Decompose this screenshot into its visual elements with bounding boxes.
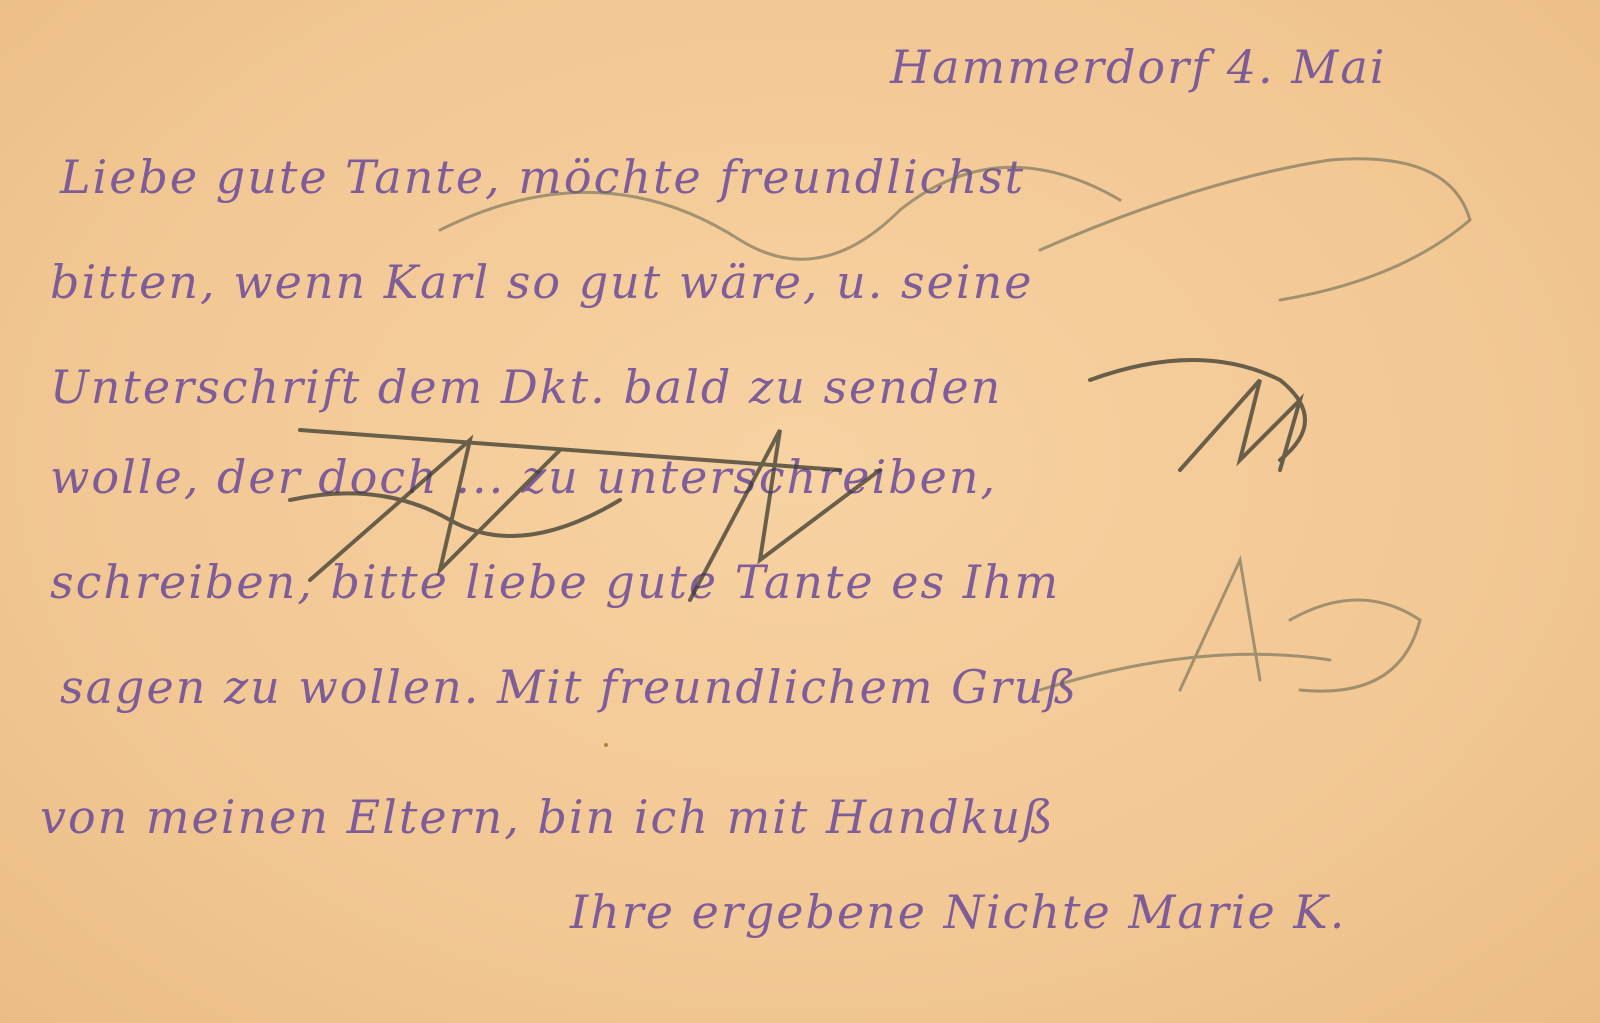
postcard: Hammerdorf 4. Mai Liebe gute Tante, möch…: [0, 0, 1600, 1023]
text-line-6: sagen zu wollen. Mit freundlichem Gruß: [60, 660, 1078, 714]
text-line-3: Unterschrift dem Dkt. bald zu senden: [50, 360, 1002, 414]
ink-spot: [604, 743, 608, 747]
place-date: Hammerdorf 4. Mai: [890, 40, 1387, 94]
text-line-2: bitten, wenn Karl so gut wäre, u. seine: [50, 255, 1033, 309]
text-line-4: wolle, der doch ... zu unterschreiben,: [50, 450, 997, 504]
text-line-1: Liebe gute Tante, möchte freundlichst: [60, 150, 1025, 204]
text-line-5: schreiben, bitte liebe gute Tante es Ihm: [50, 555, 1060, 609]
text-line-8: Ihre ergebene Nichte Marie K.: [570, 885, 1346, 939]
text-line-7: von meinen Eltern, bin ich mit Handkuß: [40, 790, 1055, 844]
